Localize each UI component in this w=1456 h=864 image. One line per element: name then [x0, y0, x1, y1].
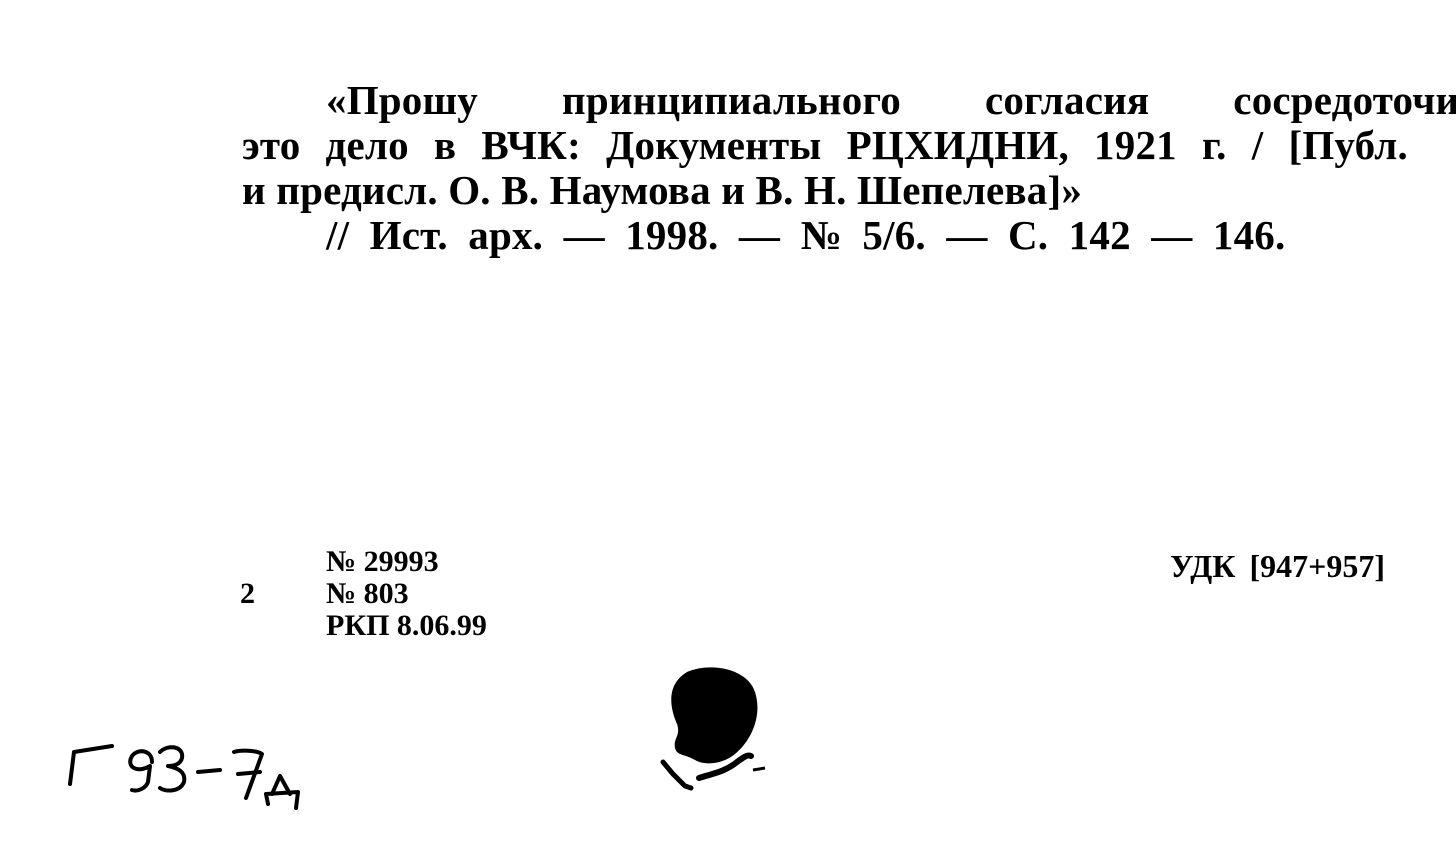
citation-word: ВЧК:	[481, 123, 581, 168]
citation-word: Документы	[606, 123, 821, 168]
citation-word: /	[1252, 123, 1264, 168]
citation-word: сосредоточить	[1149, 78, 1456, 123]
citation-word: дело	[326, 123, 409, 168]
ink-blot-stamp-icon	[655, 662, 775, 802]
citation-word: принципиального	[478, 78, 901, 123]
citation-source-line: // Ист. арх. — 1998. — № 5/6. — С. 142 —…	[242, 213, 1408, 258]
citation-line-3: и предисл. О. В. Наумова и В. Н. Шепелев…	[242, 168, 1408, 213]
bibliographic-citation: «Прошу принципиального согласия сосредот…	[242, 78, 1408, 258]
rkp-date: РКП 8.06.99	[326, 610, 487, 642]
handwritten-shelfmark-icon	[60, 722, 320, 832]
citation-line-1: «Прошу принципиального согласия сосредот…	[242, 78, 1408, 123]
card-number: 2	[240, 578, 326, 610]
citation-word: г.	[1202, 123, 1227, 168]
registration-number: № 803	[326, 578, 409, 610]
citation-word: согласия	[901, 78, 1149, 123]
registration-row: РКП 8.06.99	[240, 610, 487, 642]
citation-word: [Публ.	[1288, 123, 1407, 168]
registration-block: № 29993 2 № 803 РКП 8.06.99	[240, 546, 487, 642]
handwritten-note	[60, 722, 320, 832]
citation-word: в	[434, 123, 456, 168]
citation-word: РЦХИДНИ,	[847, 123, 1069, 168]
registration-row: № 29993	[240, 546, 487, 578]
citation-word: «Прошу	[242, 78, 478, 123]
registration-number: № 29993	[326, 546, 439, 578]
citation-word: это	[242, 123, 300, 168]
citation-line-2: это дело в ВЧК: Документы РЦХИДНИ, 1921 …	[242, 123, 1408, 168]
citation-word: 1921	[1094, 123, 1177, 168]
udk-classification: УДК [947+957]	[1170, 548, 1385, 585]
registration-row: 2 № 803	[240, 578, 487, 610]
